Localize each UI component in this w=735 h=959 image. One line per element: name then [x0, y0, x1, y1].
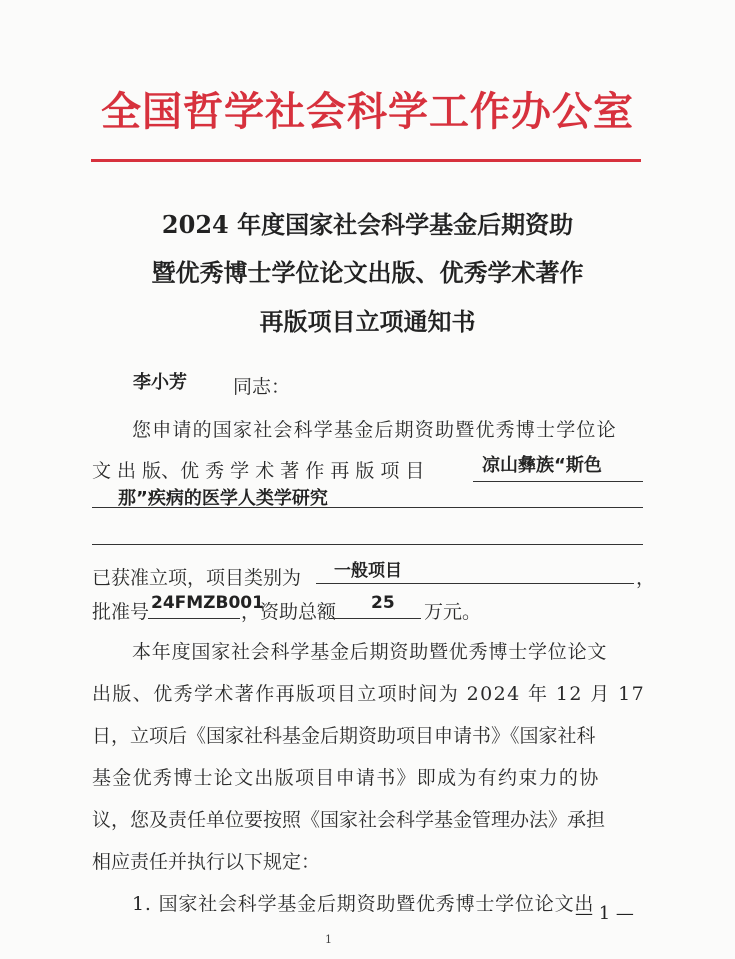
- project-title-underline-2: [92, 507, 643, 508]
- paragraph-2-line-1: 本年度国家社会科学基金后期资助暨优秀博士学位论文: [132, 637, 607, 664]
- salutation-suffix: 同志：: [233, 372, 290, 399]
- project-title-underline-3: [92, 544, 643, 545]
- rule-item-1: 1. 国家社会科学基金后期资助暨优秀博士学位论文出: [132, 889, 594, 916]
- funding-amount-underline: [329, 618, 421, 619]
- header-red-rule: [91, 159, 641, 162]
- paragraph-2-line-6: 相应责任并执行以下规定：: [92, 847, 320, 874]
- paragraph-2-line-2: 出版、优秀学术著作再版项目立项时间为 2024 年 12 月 17: [92, 679, 645, 706]
- scan-page-number: 1: [325, 933, 332, 946]
- approved-suffix: ，: [636, 563, 655, 590]
- paragraph-2-line-3: 日，立项后《国家社科基金后期资助项目申请书》《国家社科: [92, 721, 596, 748]
- recipient-name: 李小芳: [133, 368, 187, 394]
- project-title-underline-1: [473, 481, 643, 482]
- paragraph-1-line-2: 文 出 版、优 秀 学 术 著 作 再 版 项 目: [92, 456, 424, 483]
- approved-prefix: 已获准立项，项目类别为: [92, 563, 301, 590]
- paragraph-2-line-4: 基金优秀博士论文出版项目申请书》即成为有约束力的协: [92, 763, 600, 790]
- approval-number-underline: [148, 618, 240, 619]
- funding-label: ，资助总额: [241, 597, 336, 624]
- funding-amount: 25: [371, 593, 395, 613]
- issuing-org-header: 全国哲学社会科学工作办公室: [0, 80, 735, 137]
- project-category: 一般项目: [334, 556, 402, 581]
- paragraph-1-line-1: 您申请的国家社会科学基金后期资助暨优秀博士学位论: [132, 415, 617, 442]
- project-title-part-1: 凉山彝族“斯色: [482, 451, 602, 477]
- doc-title-line-2: 暨优秀博士学位论文出版、优秀学术著作: [0, 253, 735, 288]
- paragraph-2-line-5: 议，您及责任单位要按照《国家社会科学基金管理办法》承担: [92, 805, 605, 832]
- doc-title-line-1: 2024 年度国家社会科学基金后期资助: [0, 205, 735, 240]
- page-number-label: — 1 —: [575, 903, 634, 924]
- project-category-underline: [316, 583, 634, 584]
- approval-no-label: 批准号: [92, 597, 149, 624]
- funding-unit: 万元。: [424, 597, 481, 624]
- doc-title-line-3: 再版项目立项通知书: [0, 302, 735, 337]
